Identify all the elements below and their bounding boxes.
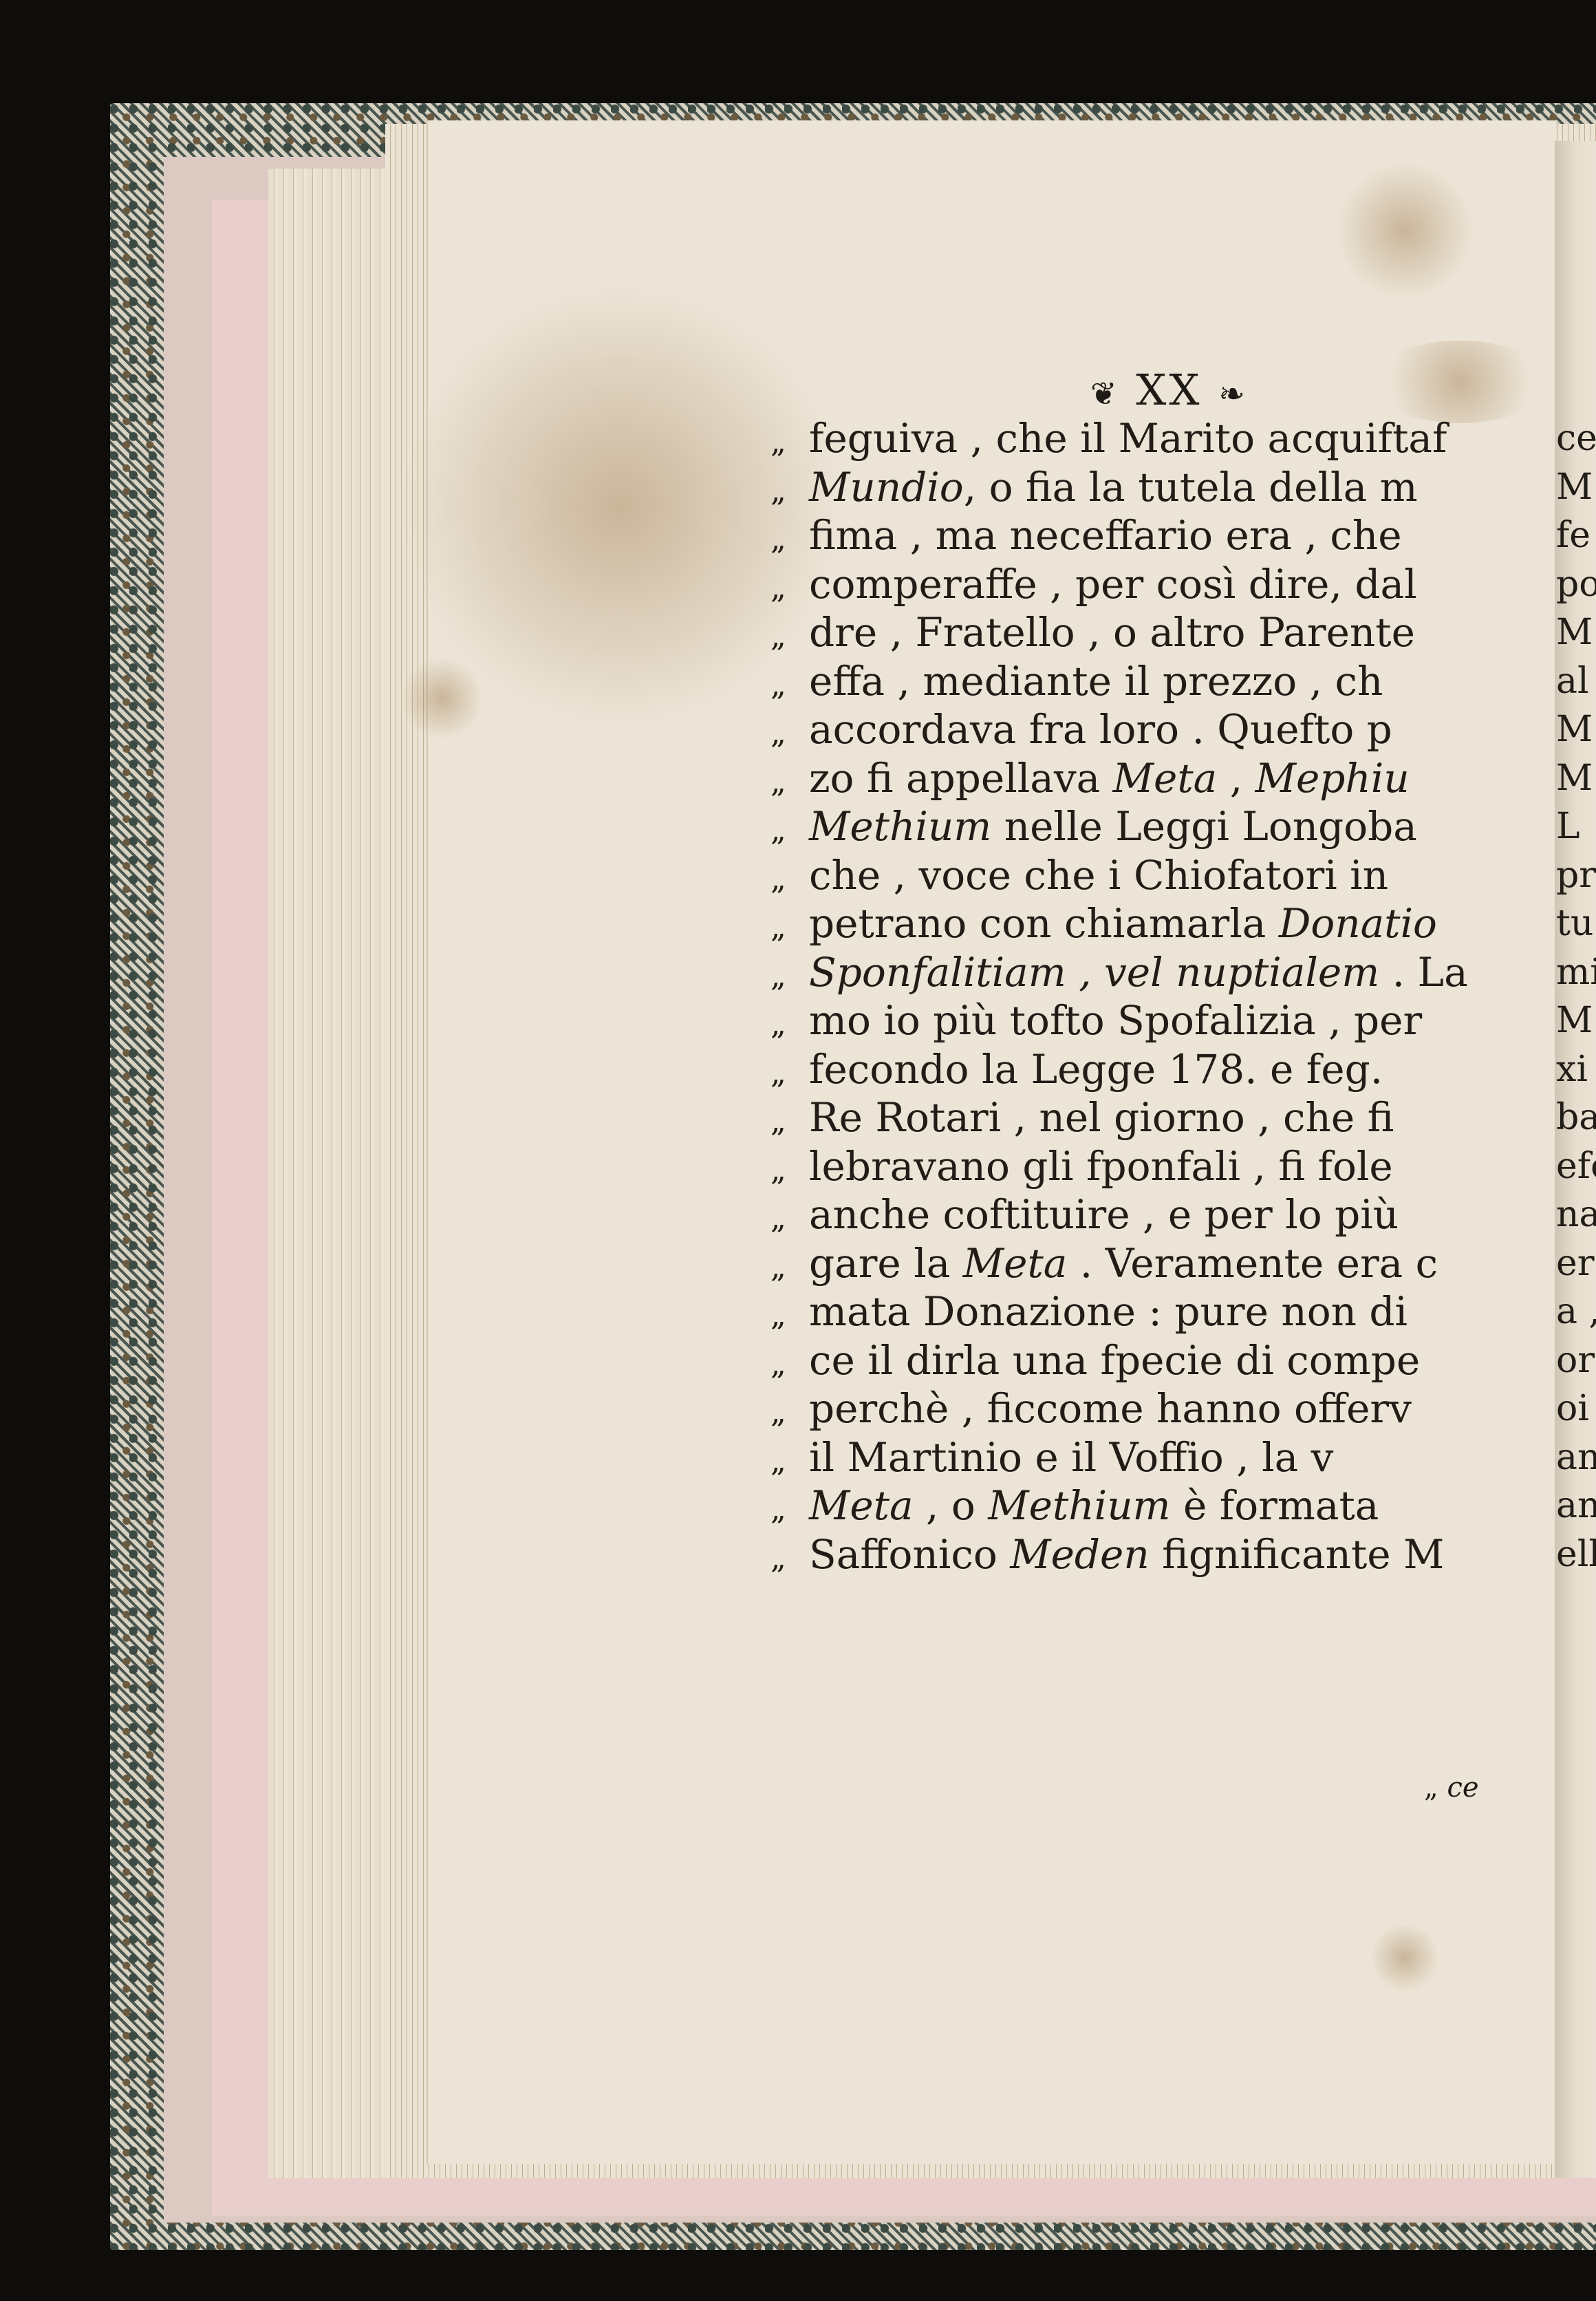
page-header: ❦ XX ❧ [1090,365,1248,415]
adjacent-text-fragment: ant [1556,1433,1596,1482]
roman-text: mata Donazione : pure non di [809,1288,1408,1335]
roman-text: , [1217,755,1255,802]
italic-text: Sponfalitiam , vel nuptialem [809,949,1379,996]
text-line: „feguiva , che il Marito acquiftaf [770,414,1555,463]
adjacent-text-fragment: M [1556,463,1596,512]
text-line: „effa , mediante il prezzo , ch [770,657,1555,706]
roman-text: petrano con chiamarla [809,900,1279,947]
body-text: „feguiva , che il Marito acquiftaf„Mundi… [770,414,1555,1578]
catchword-text: ce [1447,1772,1478,1804]
text-line: „accordava fra loro . Quefto p [770,705,1555,754]
quote-mark: „ [770,1534,809,1579]
adjacent-text-fragment: er [1556,1239,1596,1288]
roman-text: anche coftituire , e per lo più [809,1191,1399,1238]
text-line: „comperaffe , per così dire, dal [770,560,1555,609]
text-line: „zo fi appellava Meta , Mephiu [770,754,1555,803]
adjacent-text-fragment: ano [1556,1481,1596,1530]
roman-text: . La [1379,949,1467,996]
italic-text: Meta [809,1482,914,1529]
adjacent-text-fragment: tu [1556,899,1596,948]
text-line: „Sponfalitiam , vel nuptialem . La [770,948,1555,997]
quote-mark: „ [770,1292,809,1336]
roman-text: zo fi appellava [809,755,1113,802]
roman-text: effa , mediante il prezzo , ch [809,658,1383,705]
text-line: „fecondo la Legge 178. e feg. [770,1045,1555,1094]
italic-text: Mundio [809,464,964,511]
roman-text: fignificante M [1150,1531,1445,1578]
roman-text: fima , ma neceffario era , che [809,512,1402,559]
text-line: „Meta , o Methium è formata [770,1481,1555,1530]
roman-text: fecondo la Legge 178. e feg. [809,1046,1383,1093]
adjacent-text-fragment: L [1556,802,1596,851]
italic-text: Mephiu [1255,755,1410,802]
quote-mark: „ [770,952,809,997]
roman-text: . Veramente era c [1067,1240,1438,1287]
text-line: „mo io più tofto Spofalizia , per [770,996,1555,1045]
text-line: „mata Donazione : pure non di [770,1287,1555,1336]
adjacent-text-fragment: pr [1556,851,1596,900]
quote-mark: „ [770,515,809,560]
roman-text: Re Rotari , nel giorno , che fi [809,1094,1394,1141]
roman-text: feguiva , che il Marito acquiftaf [809,415,1447,462]
roman-text: gare la [809,1240,963,1287]
adjacent-text-fragment: M [1556,996,1596,1045]
foxing-spot [1336,162,1474,299]
quote-mark: „ [770,564,809,609]
foxing-spot [1370,1923,1439,1992]
roman-text: è formata [1171,1482,1379,1529]
adjacent-text-fragment: oi , [1556,1384,1596,1433]
roman-text: lebravano gli fponfali , fi fole [809,1143,1393,1190]
quote-mark: „ [770,467,809,512]
roman-text: mo io più tofto Spofalizia , per [809,997,1422,1044]
adjacent-text-fragment: al [1556,657,1596,706]
roman-text: perchè , ficcome hanno offerv [809,1385,1412,1432]
quote-mark: „ [770,661,809,706]
quote-mark: „ [770,1195,809,1239]
roman-text: comperaffe , per così dire, dal [809,561,1417,608]
adjacent-text-fragment: nar [1556,1190,1596,1239]
adjacent-text-fragment: ce [1556,414,1596,463]
roman-text: accordava fra loro . Quefto p [809,706,1392,753]
quote-mark: „ [770,1486,809,1530]
adjacent-text-fragment: mi [1556,948,1596,997]
text-line: „Methium nelle Leggi Longoba [770,802,1555,851]
quote-mark: „ [770,709,809,754]
quote-mark: „ [770,1049,809,1094]
quote-mark: „ [770,1146,809,1191]
italic-text: Donatio [1279,900,1437,947]
adjacent-text-fragment: M [1556,705,1596,754]
adjacent-text-fragment: ba [1556,1093,1596,1142]
quote-mark: „ [770,418,809,463]
catchword: „ ce [1424,1772,1479,1804]
roman-text: dre , Fratello , o altro Parente [809,609,1415,656]
adjacent-text-fragment: M [1556,608,1596,657]
adjacent-text-fragment: M [1556,754,1596,803]
adjacent-text-fragment: xi [1556,1045,1596,1094]
text-line: „il Martinio e il Voffio , la v [770,1433,1555,1482]
roman-text: ce il dirla una fpecie di compe [809,1337,1420,1384]
roman-text: che , voce che i Chiofatori in [809,852,1388,899]
adjacent-text-fragment: po [1556,560,1596,609]
italic-text: Meta [963,1240,1068,1287]
adjacent-text-fragment: efo [1556,1142,1596,1191]
text-line: „lebravano gli fponfali , fi fole [770,1142,1555,1191]
text-line: „Saffonico Meden fignificante M [770,1530,1555,1579]
quote-mark: „ [770,612,809,657]
text-line: „Mundio, o fia la tutela della m [770,463,1555,512]
roman-text: il Martinio e il Voffio , la v [809,1434,1333,1481]
text-line: „che , voce che i Chiofatori in [770,851,1555,900]
italic-text: Methium [988,1482,1170,1529]
quote-mark: „ [770,1437,809,1482]
quote-mark: „ [770,903,809,948]
text-line: „anche coftituire , e per lo più [770,1190,1555,1239]
foxing-spot [400,657,483,740]
quote-mark: „ [770,1000,809,1045]
page-number: XX [1136,365,1202,415]
roman-text: nelle Leggi Longoba [991,803,1417,850]
adjacent-text-fragment: fe [1556,511,1596,560]
ornament-left-icon: ❦ [1090,375,1120,412]
italic-text: Methium [809,803,991,850]
ornament-right-icon: ❧ [1218,375,1248,412]
quote-mark: „ [770,1243,809,1288]
adjacent-page-text: ceMfepoMalMMLprtumiMxibaefonarera ,oroi … [1556,414,1596,1578]
roman-text: Saffonico [809,1531,1010,1578]
quote-mark: „ [770,758,809,803]
adjacent-text-fragment: elle [1556,1530,1596,1579]
adjacent-text-fragment: a , [1556,1287,1596,1336]
quote-mark: „ [770,806,809,851]
quote-mark: „ [770,1340,809,1385]
foxing-spot [1370,341,1549,423]
roman-text: , o [914,1482,989,1529]
text-line: „fima , ma neceffario era , che [770,511,1555,560]
quote-mark: „ [1424,1772,1438,1804]
text-line: „dre , Fratello , o altro Parente [770,608,1555,657]
italic-text: Meta [1113,755,1218,802]
text-line: „perchè , ficcome hanno offerv [770,1384,1555,1433]
text-line: „petrano con chiamarla Donatio [770,899,1555,948]
quote-mark: „ [770,1098,809,1142]
text-line: „Re Rotari , nel giorno , che fi [770,1093,1555,1142]
quote-mark: „ [770,1389,809,1433]
roman-text: , o fia la tutela della m [964,464,1418,511]
quote-mark: „ [770,855,809,900]
text-line: „ce il dirla una fpecie di compe [770,1336,1555,1385]
text-line: „gare la Meta . Veramente era c [770,1239,1555,1288]
italic-text: Meden [1010,1531,1150,1578]
adjacent-text-fragment: or [1556,1336,1596,1385]
